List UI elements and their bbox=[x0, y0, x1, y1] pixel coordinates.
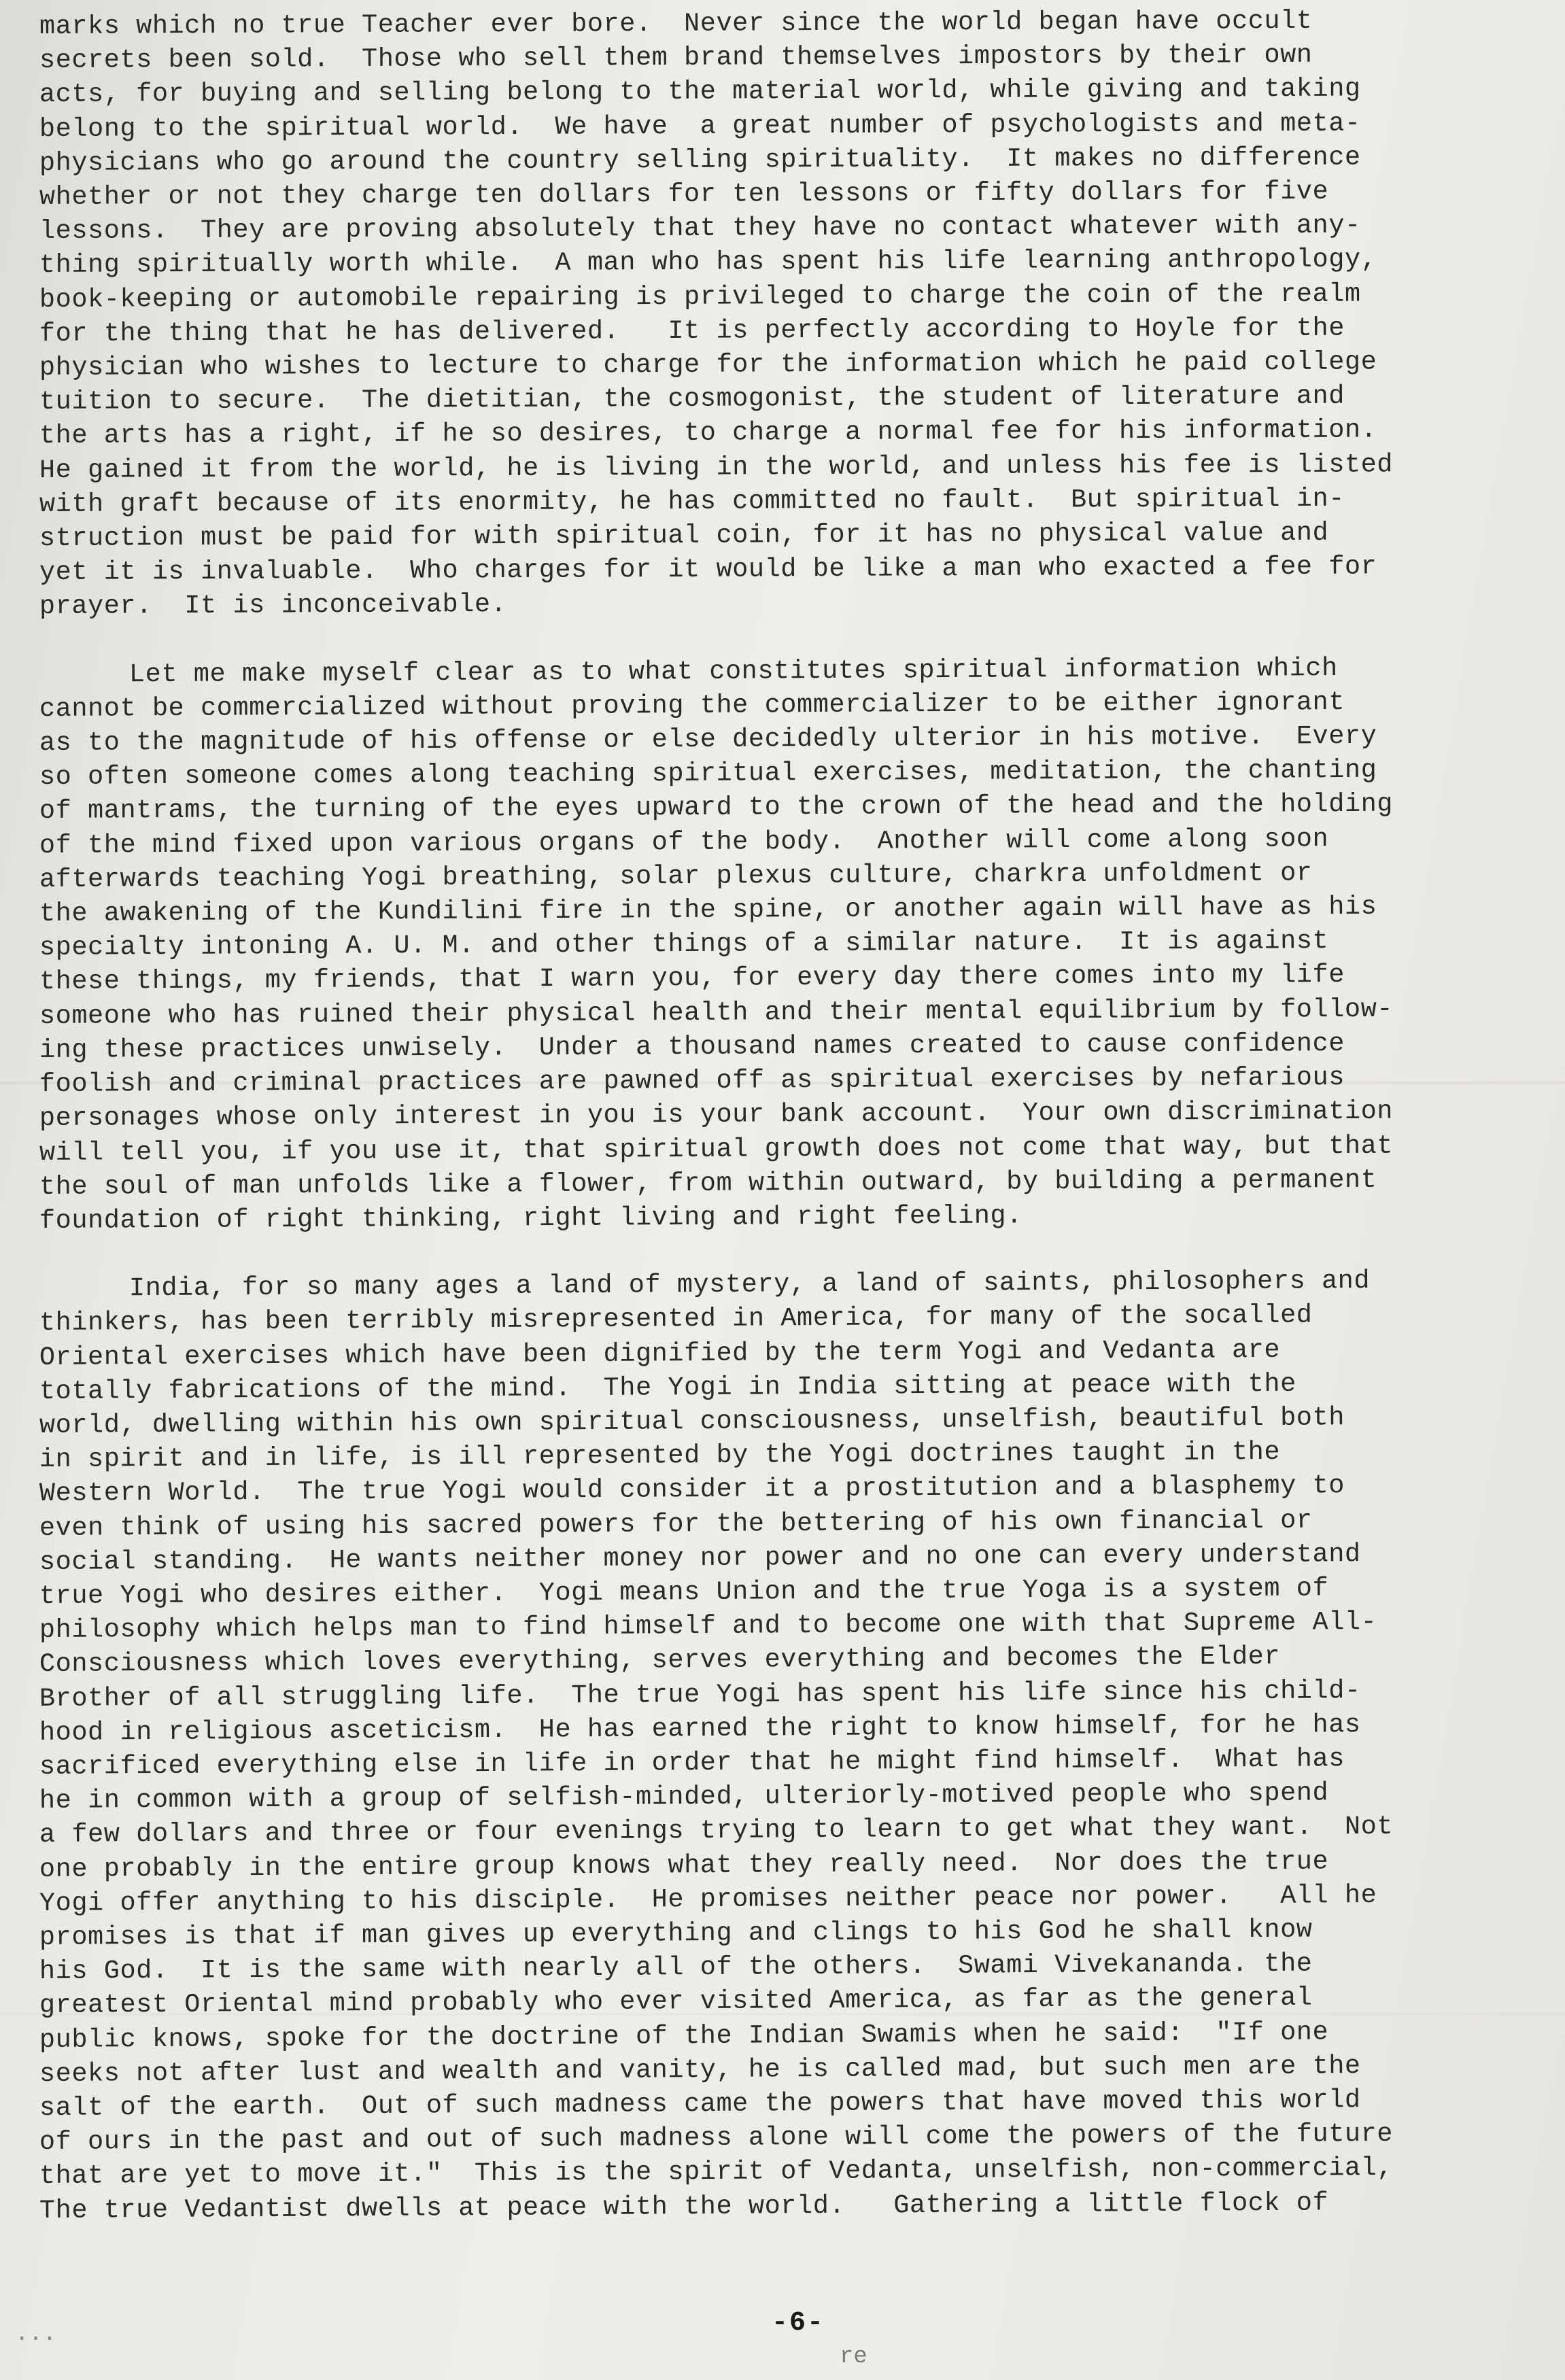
text-line: acts, for buying and selling belong to t… bbox=[39, 71, 1555, 112]
body-text: marks which no true Teacher ever bore. N… bbox=[39, 10, 1555, 2228]
paragraph: Let me make myself clear as to what cons… bbox=[39, 658, 1555, 1238]
text-line: the arts has a right, if he so desires, … bbox=[39, 413, 1555, 453]
text-line: thing spiritually worth while. A man who… bbox=[39, 242, 1555, 283]
paragraph: India, for so many ages a land of myster… bbox=[39, 1272, 1555, 2228]
paragraph: marks which no true Teacher ever bore. N… bbox=[39, 10, 1555, 624]
text-line: prayer. It is inconceivable. bbox=[39, 583, 1555, 624]
page-number: -6- bbox=[772, 2308, 825, 2339]
typewritten-page: marks which no true Teacher ever bore. N… bbox=[0, 0, 1565, 2380]
stray-type-mark: re bbox=[840, 2344, 867, 2370]
stray-type-mark: ... bbox=[15, 2322, 56, 2347]
text-line: foundation of right thinking, right livi… bbox=[39, 1196, 1555, 1238]
